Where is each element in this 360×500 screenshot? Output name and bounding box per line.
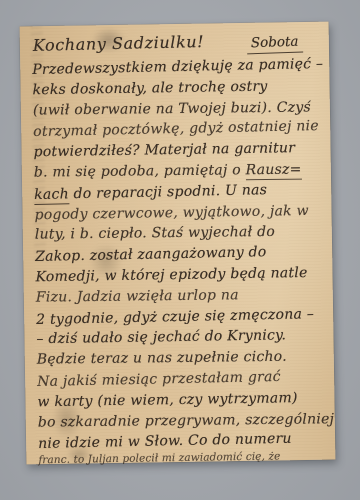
letter-body: Przedewszystkiem dziękuję za pamięć – ke…: [32, 57, 328, 470]
underlined-word: Rausz=: [245, 162, 301, 181]
letter-heading: Kochany Sadziulku! Sobota: [33, 31, 317, 57]
date-sobota: Sobota: [247, 34, 303, 55]
scanned-letter-scene: Kochany Sadziulku! Sobota Przedewszystki…: [0, 0, 360, 500]
salutation: Kochany Sadziulku!: [33, 32, 205, 55]
underlined-word: kach: [34, 186, 69, 205]
letter-line-cramped: franc. to Juljan polecił mi zawiadomić c…: [38, 450, 328, 470]
letter-page: Kochany Sadziulku! Sobota Przedewszystki…: [20, 22, 336, 465]
